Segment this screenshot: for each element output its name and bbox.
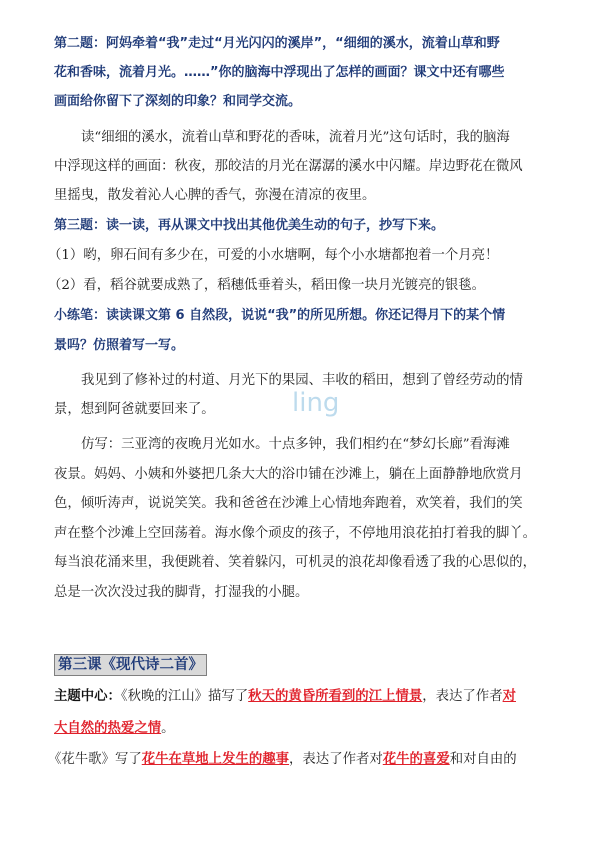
answer-2-line-2: 中浮现这样的画面：秋夜，那皎洁的月光在潺潺的溪水中闪耀。岸边野花在微风 (54, 157, 523, 177)
theme-text-c: 。 (161, 721, 174, 736)
poem-2-highlight-2: 花牛的喜爱 (383, 752, 450, 767)
imitation-line-5: 每当浪花涌来里，我便跳着、笑着躲闪，可机灵的浪花却像看透了我的心思似的， (54, 553, 536, 573)
theme-line-1: 主题中心：《秋晚的江山》描写了秋天的黄昏所看到的江上情景，表达了作者对 (54, 687, 516, 707)
answer-2-line-3: 里摇曳，散发着沁人心脾的香气，弥漫在清凉的夜里。 (54, 186, 375, 206)
theme-text-a: 《秋晚的江山》描写了 (121, 689, 248, 704)
theme-text-b: ，表达了作者 (422, 689, 502, 704)
question-3-item-2: （2）看，稻谷就要成熟了，稻穗低垂着头，稻田像一块月光镀亮的银毯。 (48, 276, 485, 296)
question-2-line-3: 画面给你留下了深刻的印象？和同学交流。 (54, 92, 301, 112)
practice-prompt-line-2: 景吗？仿照着写一写。 (54, 336, 184, 356)
theme-line-3: 《花牛歌》写了花牛在草地上发生的趣事，表达了作者对花牛的喜爱和对自由的 (48, 750, 517, 770)
lesson-3-heading: 第三课《现代诗二首》 (54, 654, 207, 676)
theme-line-2: 大自然的热爱之情。 (54, 719, 175, 739)
question-2-line-1: 第二题：阿妈牵着“我”走过“月光闪闪的溪岸”，“细细的溪水，流着山草和野 (54, 34, 500, 54)
poem-2-text-c: 和对自由的 (450, 752, 517, 767)
practice-answer-line-2: 景，想到阿爸就要回来了。 (54, 400, 215, 420)
practice-prompt-line-1: 小练笔：读读课文第 6 自然段，说说“我”的所见所想。你还记得月下的某个情 (54, 306, 505, 326)
theme-highlight-1: 秋天的黄昏所看到的江上情景 (248, 689, 422, 704)
imitation-line-2: 夜景。妈妈、小姨和外婆把几条大大的浴巾铺在沙滩上，躺在上面静静地欣赏月 (54, 465, 523, 485)
imitation-line-1: 仿写：三亚湾的夜晚月光如水。十点多钟，我们相约在“梦幻长廊”看海滩 (54, 435, 510, 455)
theme-label: 主题中心： (54, 689, 121, 704)
imitation-line-6: 总是一次次没过我的脚背，打湿我的小腿。 (54, 583, 308, 603)
watermark: ling (292, 388, 339, 418)
poem-2-text-b: ，表达了作者对 (289, 752, 383, 767)
practice-answer-line-1: 我见到了修补过的村道、月光下的果园、丰收的稻田，想到了曾经劳动的情 (54, 371, 523, 391)
imitation-line-3: 色，倾听涛声，说说笑笑。我和爸爸在沙滩上心情地奔跑着，欢笑着，我们的笑 (54, 494, 523, 514)
imitation-line-4: 声在整个沙滩上空回荡着。海水像个顽皮的孩子，不停地用浪花拍打着我的脚丫。 (54, 524, 536, 544)
question-3-title: 第三题：读一读，再从课文中找出其他优美生动的句子，抄写下来。 (54, 216, 444, 236)
poem-2-highlight-1: 花牛在草地上发生的趣事 (142, 752, 289, 767)
question-2-line-2: 花和香味，流着月光。……”你的脑海中浮现出了怎样的画面？课文中还有哪些 (54, 63, 505, 83)
poem-2-text-a: 《花牛歌》写了 (48, 752, 142, 767)
theme-highlight-2a: 对 (503, 689, 516, 704)
theme-highlight-2b: 大自然的热爱之情 (54, 721, 161, 736)
question-3-item-1: （1）哟，卵石间有多少在，可爱的小水塘啊，每个小水塘都抱着一个月亮！ (48, 246, 498, 266)
answer-2-line-1: 读“细细的溪水，流着山草和野花的香味，流着月光”这句话时，我的脑海 (54, 128, 510, 148)
